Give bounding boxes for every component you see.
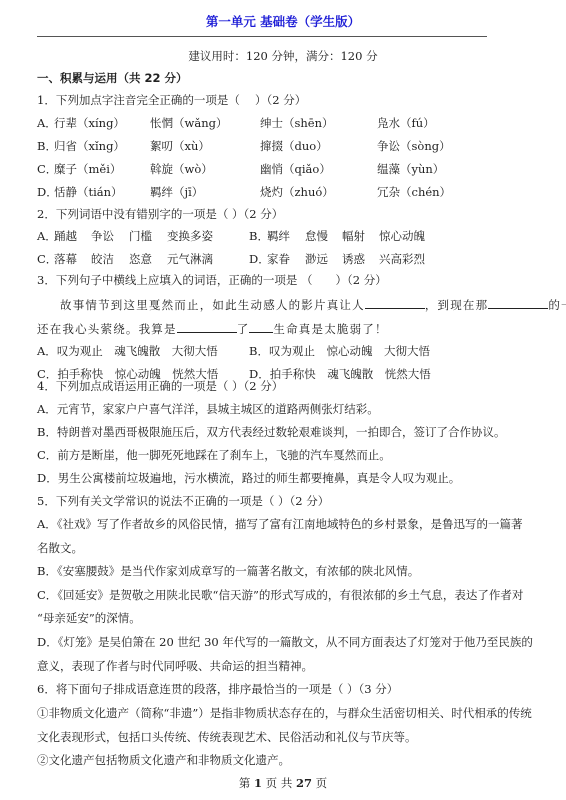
q2-options-row-1: A． 踊越 争讼 门槛 变换多姿 B． 羁绊 怠慢 幅射 惊心动魄 (37, 228, 57, 244)
fill-blank-3 (177, 320, 237, 333)
option-text: 叹为观止 魂飞魄散 大彻大悟 (57, 344, 218, 358)
q1-option-b: B． 归省（xǐng） 絮叨（xù） 撺掇（duo） 争讼（sòng） (37, 138, 57, 154)
option-label: B． (249, 344, 269, 358)
fill-blank-2 (488, 296, 548, 309)
option-text: 《社戏》写了作者故乡的风俗民情，描写了富有江南地域特色的乡村景象，是鲁迅写的一篇… (57, 517, 523, 531)
q5-option-c: C．《回延安》是贺敬之用陕北民歌“信天游”的形式写成的，有很浓郁的乡土气息，表达… (37, 587, 523, 603)
option-text: 叹为观止 惊心动魄 大彻大悟 (269, 344, 430, 358)
option-label: D． (37, 471, 58, 485)
option-item: 落幕 (54, 251, 77, 267)
question-4-stem: 4．下列加点成语运用正确的一项是（ ）（2 分） (37, 378, 283, 394)
question-6-stem: 6．将下面句子排成语意连贯的段落，排序最恰当的一项是（ ）（3 分） (37, 681, 398, 697)
current-page-number: 1 (254, 776, 262, 790)
passage-text: 的一幕 (548, 298, 566, 312)
time-and-score-info: 建议用时：120 分钟，满分：120 分 (0, 48, 566, 64)
em-dash (249, 325, 273, 333)
q1-option-d: D． 恬静（tián） 羁绊（jī） 烧灼（zhuó） 冗杂（chén） (37, 184, 58, 200)
option-item: 怅惘（wǎng） (150, 115, 227, 131)
fill-blank-1 (365, 296, 425, 309)
q3-passage-line-1: 故事情节到这里戛然而止，如此生动感人的影片真让人，到现在那的一幕 (60, 296, 566, 313)
q6-sentence-1-cont: 文化表现形式，包括口头传统、传统表现艺术、民俗活动和礼仪与节庆等。 (37, 729, 417, 745)
option-item: 行辈（xíng） (54, 115, 125, 131)
option-item: 家眷 (267, 251, 290, 267)
option-item: 皎洁 (91, 251, 114, 267)
option-item: 凫水（fú） (377, 115, 435, 131)
passage-text: 故事情节到这里戛然而止，如此生动感人的影片真让人 (60, 298, 365, 312)
q2-options-row-2: C． 落幕 皎洁 恣意 元气淋漓 D． 家眷 渺远 诱惑 兴高彩烈 (37, 251, 57, 267)
option-item: 兴高彩烈 (379, 251, 425, 267)
option-label: B． (249, 228, 269, 244)
q6-sentence-1: ①非物质文化遗产（简称“非遗”）是指非物质状态存在的，与群众生活密切相关、时代相… (37, 705, 532, 721)
q5-option-d: D．《灯笼》是吴伯箫在 20 世纪 30 年代写的一篇散文，从不同方面表达了灯笼… (37, 634, 533, 650)
option-label: A． (37, 344, 57, 358)
option-text: 《回延安》是贺敬之用陕北民歌“信天游”的形式写成的，有很浓郁的乡土气息，表达了作… (57, 588, 523, 602)
q4-option-b: B．特朗普对墨西哥极限施压后，双方代表经过数轮艰难谈判，一拍即合，签订了合作协议… (37, 424, 505, 440)
option-item: 元气淋漓 (167, 251, 213, 267)
q5-option-b: B．《安塞腰鼓》是当代作家刘成章写的一篇著名散文，有浓郁的陕北风情。 (37, 563, 419, 579)
document-title: 第一单元 基础卷（学生版） (0, 12, 566, 30)
option-label: C． (37, 588, 57, 602)
q5-option-d-cont: 意义，表现了作者与时代同呼吸、共命运的担当精神。 (37, 658, 313, 674)
option-item: 羁绊（jī） (150, 184, 203, 200)
option-item: 归省（xǐng） (54, 138, 125, 154)
option-text: 《灯笼》是吴伯箫在 20 世纪 30 年代写的一篇散文，从不同方面表达了灯笼对于… (58, 635, 533, 649)
footer-text: 页 共 (266, 776, 293, 790)
option-item: 诱惑 (342, 251, 365, 267)
question-3-stem: 3．下列句子中横线上应填入的词语，正确的一项是 （ ）（2 分） (37, 272, 387, 288)
option-item: 撺掇（duo） (260, 138, 328, 154)
passage-text: 还在我心头萦绕。我算是 (37, 322, 177, 336)
footer-text: 页 (316, 776, 328, 790)
option-text: 拍手称快 魂飞魄散 恍然大悟 (270, 367, 431, 381)
option-item: 斡旋（wò） (150, 161, 213, 177)
option-text: 男生公寓楼前垃圾遍地，污水横流，路过的师生都要掩鼻，真是令人叹为观止。 (58, 471, 461, 485)
option-text: 元宵节，家家户户喜气洋洋，县城主城区的道路两侧张灯结彩。 (57, 402, 379, 416)
option-item: 烧灼（zhuó） (260, 184, 334, 200)
option-item: 怠慢 (305, 228, 328, 244)
option-item: 糜子（měi） (54, 161, 121, 177)
option-item: 冗杂（chén） (377, 184, 451, 200)
option-label: A． (37, 402, 57, 416)
passage-text: 生命真是太脆弱了！ (273, 322, 387, 336)
option-item: 惊心动魄 (379, 228, 425, 244)
option-item: 缊藻（yùn） (377, 161, 444, 177)
option-label: D． (37, 635, 58, 649)
option-item: 恬静（tián） (54, 184, 123, 200)
option-item: 恣意 (129, 251, 152, 267)
q5-option-a-cont: 名散文。 (37, 540, 83, 556)
option-item: 门槛 (129, 228, 152, 244)
option-item: 争讼（sòng） (377, 138, 451, 154)
option-item: 绅士（shēn） (260, 115, 334, 131)
q4-option-d: D．男生公寓楼前垃圾遍地，污水横流，路过的师生都要掩鼻，真是令人叹为观止。 (37, 470, 460, 486)
option-label: B． (37, 425, 57, 439)
q1-option-c: C． 糜子（měi） 斡旋（wò） 幽悄（qiǎo） 缊藻（yùn） (37, 161, 57, 177)
section-heading: 一、积累与运用（共 22 分） (37, 70, 188, 86)
option-item: 幽悄（qiǎo） (260, 161, 331, 177)
option-label: B． (37, 564, 57, 578)
option-label: C． (37, 448, 57, 462)
option-item: 踊越 (54, 228, 77, 244)
option-item: 争讼 (91, 228, 114, 244)
option-label: A． (37, 517, 57, 531)
q3-options-row-1: A．叹为观止 魂飞魄散 大彻大悟 B．叹为观止 惊心动魄 大彻大悟 (37, 343, 218, 359)
option-item: 羁绊 (267, 228, 290, 244)
option-item: 变换多姿 (167, 228, 213, 244)
option-item: 渺远 (305, 251, 328, 267)
page-footer: 第 1 页 共 27 页 (0, 775, 566, 791)
header-divider (37, 36, 487, 37)
q4-option-a: A．元宵节，家家户户喜气洋洋，县城主城区的道路两侧张灯结彩。 (37, 401, 379, 417)
question-2-stem: 2．下列词语中没有错别字的一项是（ ）（2 分） (37, 206, 283, 222)
option-text: 前方是断崖，他一脚死死地踩在了刹车上，飞驰的汽车戛然而止。 (57, 448, 391, 462)
q1-option-a: A． 行辈（xíng） 怅惘（wǎng） 绅士（shēn） 凫水（fú） (37, 115, 57, 131)
q5-option-a: A．《社戏》写了作者故乡的风俗民情，描写了富有江南地域特色的乡村景象，是鲁迅写的… (37, 516, 523, 532)
passage-text: ，到现在那 (425, 298, 489, 312)
q4-option-c: C．前方是断崖，他一脚死死地踩在了刹车上，飞驰的汽车戛然而止。 (37, 447, 391, 463)
option-item: 幅射 (342, 228, 365, 244)
q6-sentence-2: ②文化遗产包括物质文化遗产和非物质文化遗产。 (37, 752, 290, 768)
q3-passage-line-2: 还在我心头萦绕。我算是了生命真是太脆弱了！ (37, 320, 388, 337)
option-item: 絮叨（xù） (150, 138, 210, 154)
question-5-stem: 5．下列有关文学常识的说法不正确的一项是（ ）（2 分） (37, 493, 329, 509)
q5-option-c-cont: “母亲延安”的深情。 (37, 610, 141, 626)
passage-text: 了 (237, 322, 250, 336)
footer-text: 第 (239, 776, 251, 790)
option-text: 特朗普对墨西哥极限施压后，双方代表经过数轮艰难谈判，一拍即合，签订了合作协议。 (57, 425, 506, 439)
total-pages: 27 (296, 776, 312, 790)
question-1-stem: 1．下列加点字注音完全正确的一项是（ ）（2 分） (37, 92, 306, 108)
option-text: 《安塞腰鼓》是当代作家刘成章写的一篇著名散文，有浓郁的陕北风情。 (57, 564, 419, 578)
